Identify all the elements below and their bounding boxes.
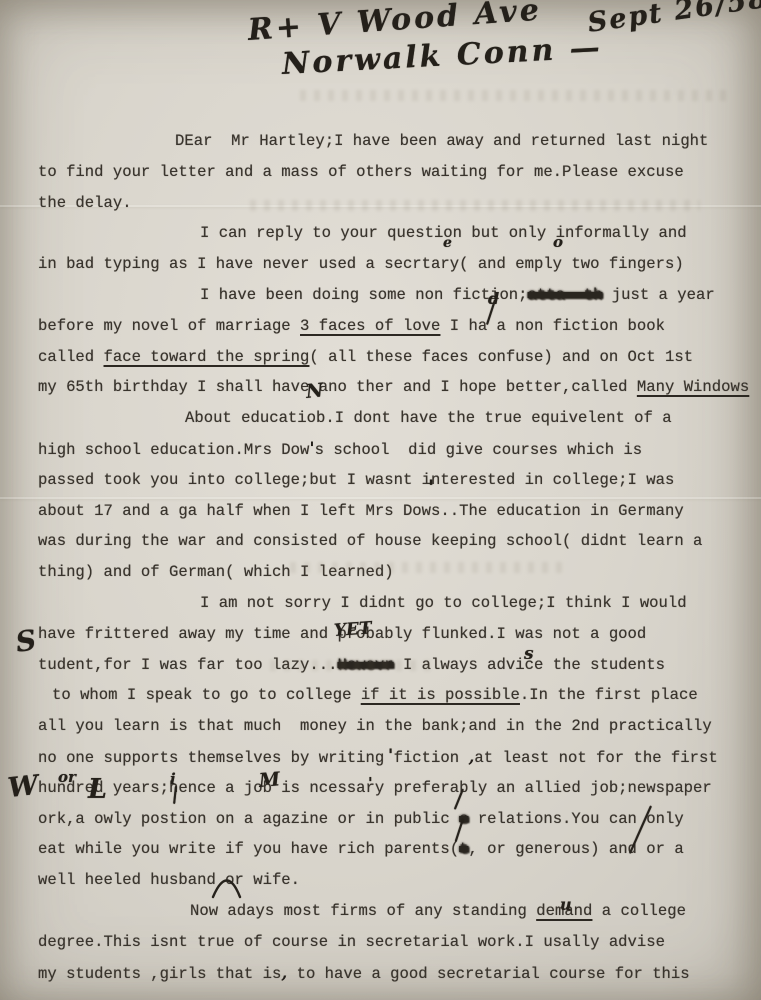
bleedthrough-smudge [290, 562, 570, 573]
insert-e-necessary: ' [388, 748, 393, 765]
hand-w-work: W [7, 772, 40, 802]
strike-parents-stroke [455, 819, 465, 843]
hand-l-lowly: L [88, 776, 107, 803]
letter-page: DEar Mr Hartley;I have been away and ret… [0, 0, 761, 1000]
hand-s-student: S [14, 626, 38, 657]
position-caret-stroke [173, 786, 177, 804]
insert-e-secretary: e [443, 236, 452, 250]
bleedthrough-smudge [250, 200, 700, 211]
insert-m-magazine: M [258, 770, 281, 791]
nowadays-arc [210, 870, 244, 900]
apostrophe-or-in: ' [368, 776, 373, 791]
handwriting-overlay: R+ V Wood AveNorwalk Conn —Sept 26/58eod… [0, 0, 761, 1000]
strike-public-stroke [454, 789, 464, 810]
bleedthrough-smudge [300, 90, 730, 101]
insert-o-employ: o [553, 235, 563, 250]
date-note: Sept 26/58 [586, 0, 761, 37]
insert-i-position: i [170, 772, 176, 787]
yet-note: YET [333, 620, 372, 640]
insert-s-advise: s [524, 646, 534, 663]
insert-n-education: N [305, 381, 324, 402]
insert-or: or [58, 770, 76, 785]
insert-u-usually: u [560, 897, 572, 913]
and-or-slash-stroke [629, 806, 652, 854]
apostrophe-dows: ' [428, 477, 434, 497]
bleedthrough-smudge [270, 660, 430, 671]
